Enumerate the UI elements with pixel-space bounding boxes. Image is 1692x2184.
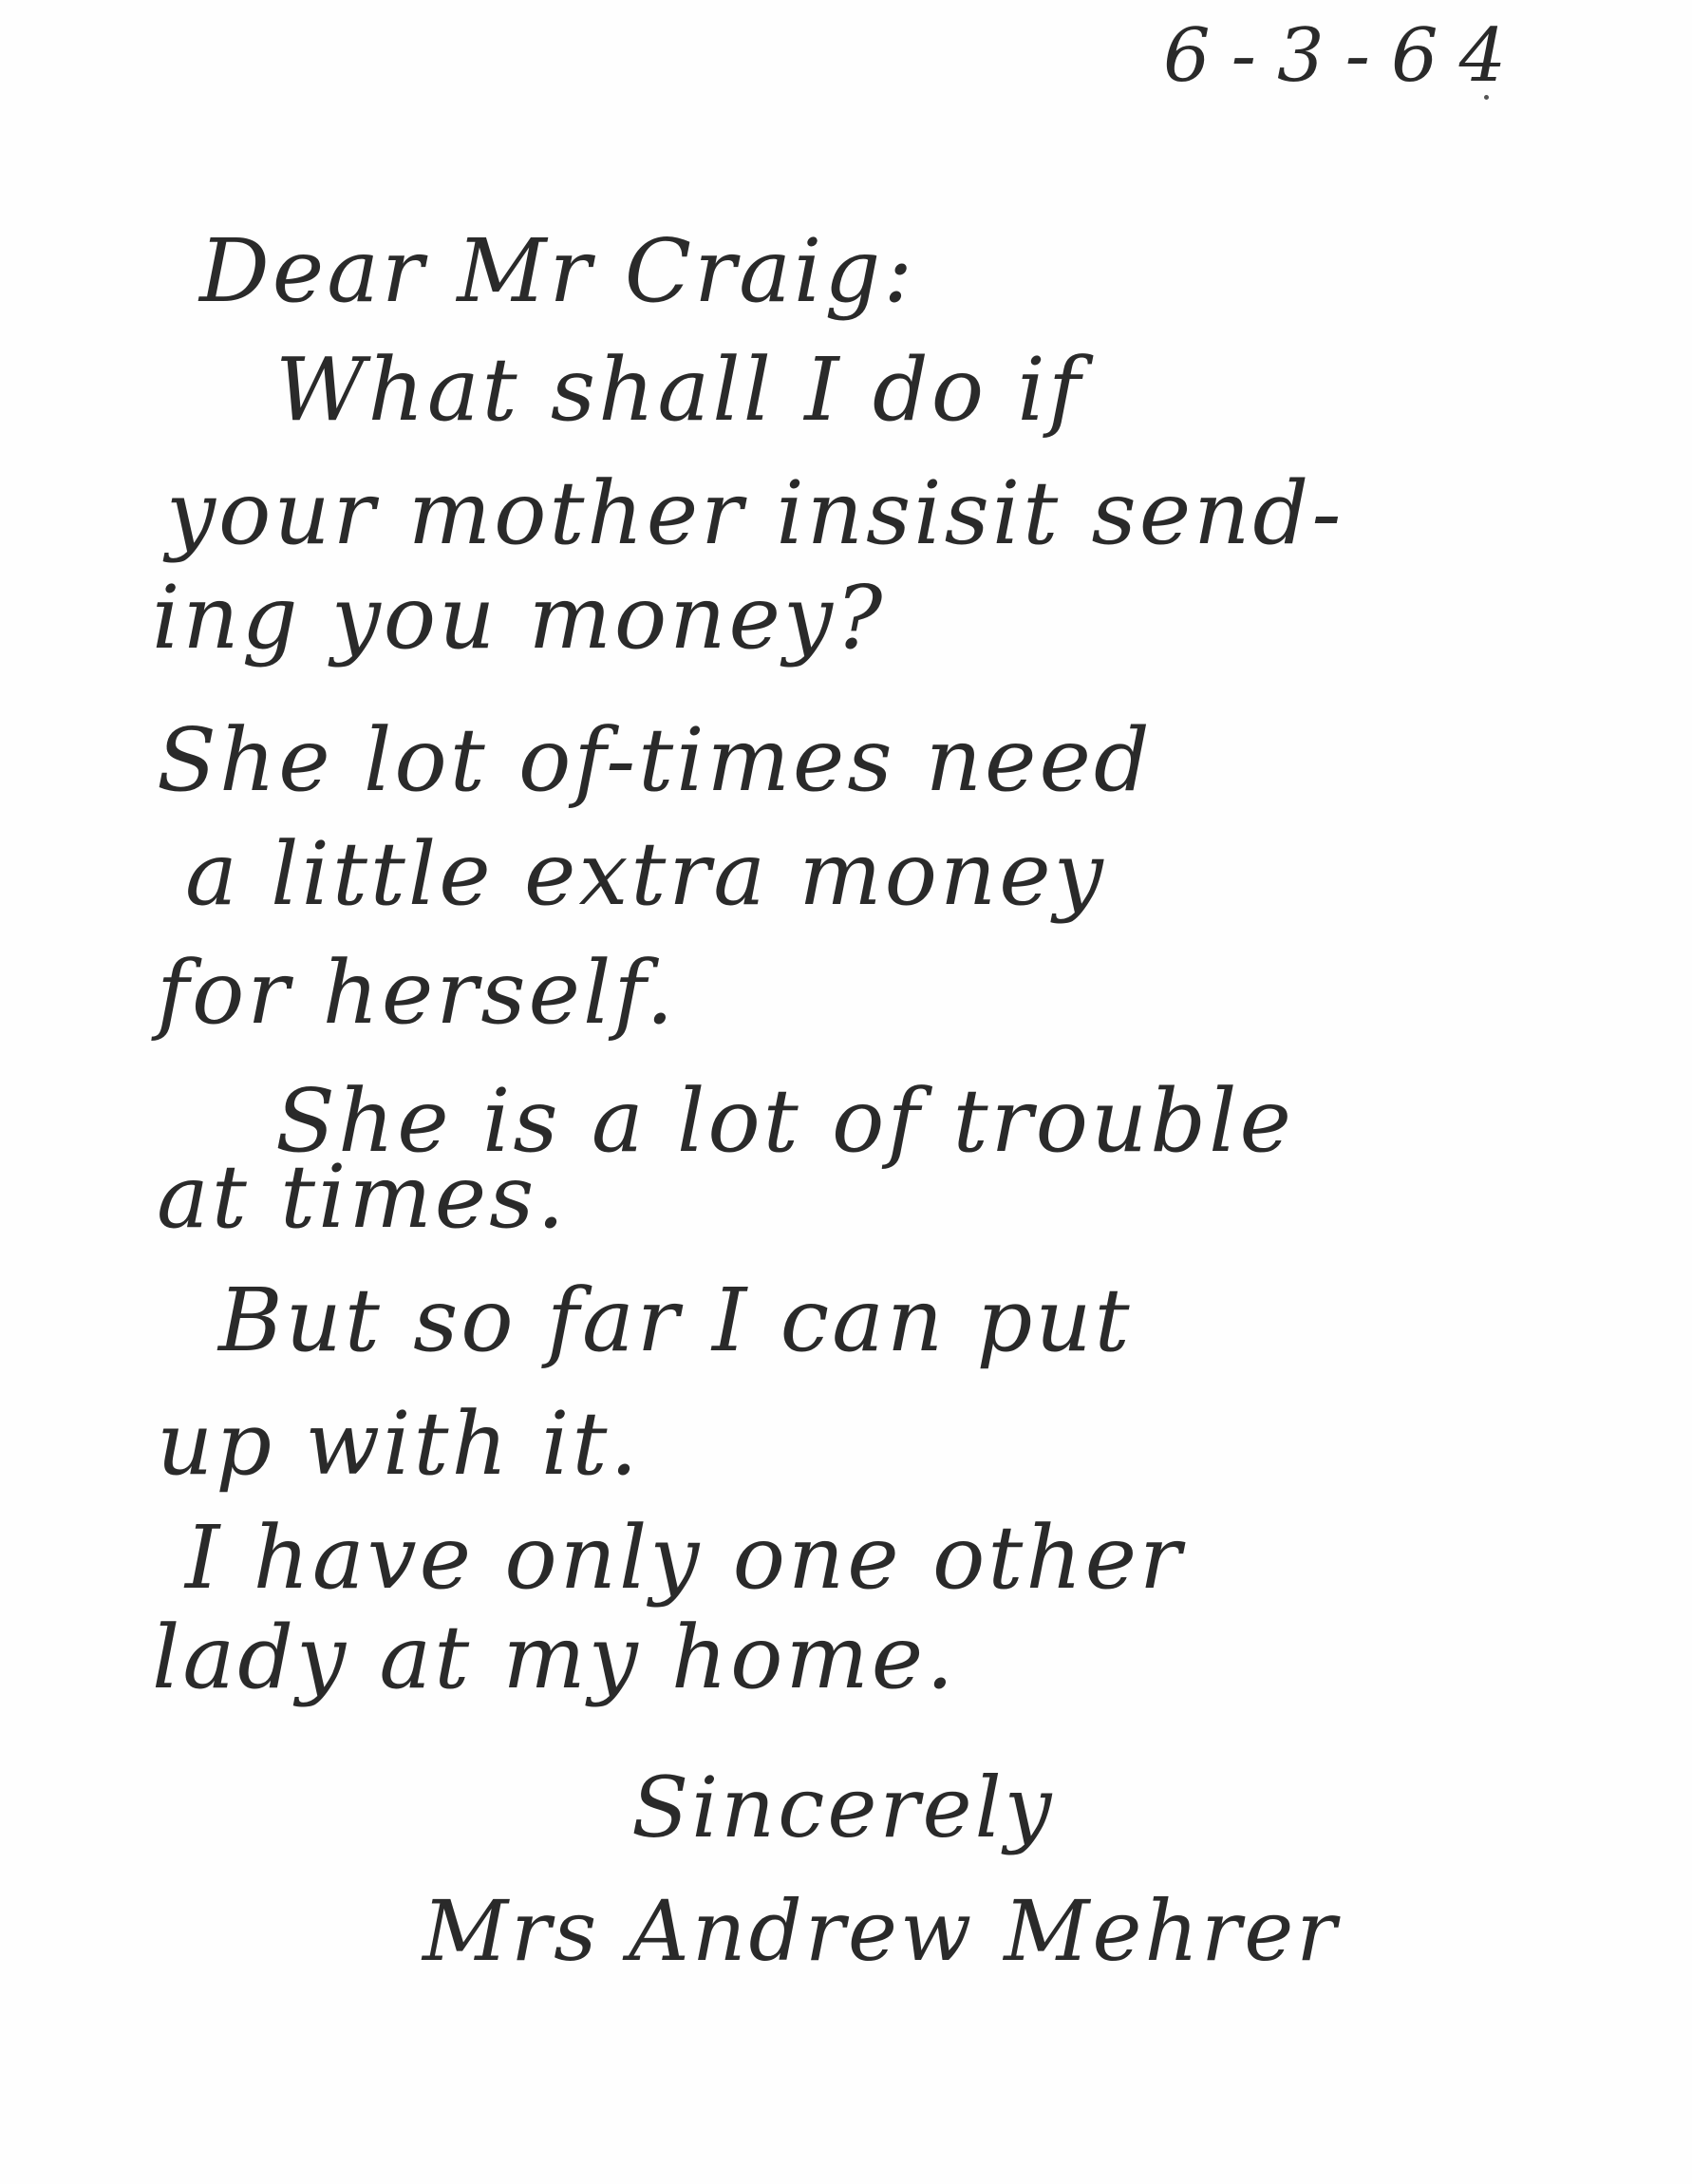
body-line: at times. [157,1154,568,1241]
letter-closing: Sincerely [631,1766,1054,1850]
body-line: What shall I do if [275,347,1083,434]
body-line: But so far I can put [218,1277,1133,1365]
body-line: for herself. [157,950,676,1037]
body-line: a little extra money [185,831,1106,918]
body-line: up with it. [157,1401,641,1488]
letter-page: 6-3-64 Dear Mr Craig: What shall I do if… [0,0,1692,2184]
body-line: your mother insisit send- [166,470,1344,557]
body-line: ing you money? [152,574,885,662]
letter-date: 6-3-64 [1163,19,1527,93]
letter-signature: Mrs Andrew Mehrer [423,1890,1339,1973]
letter-greeting: Dear Mr Craig: [199,228,915,315]
body-line: I have only one other [185,1515,1184,1602]
body-line: She lot of-times need [157,717,1153,804]
body-line: lady at my home. [152,1614,956,1702]
ink-speck [1484,95,1489,100]
